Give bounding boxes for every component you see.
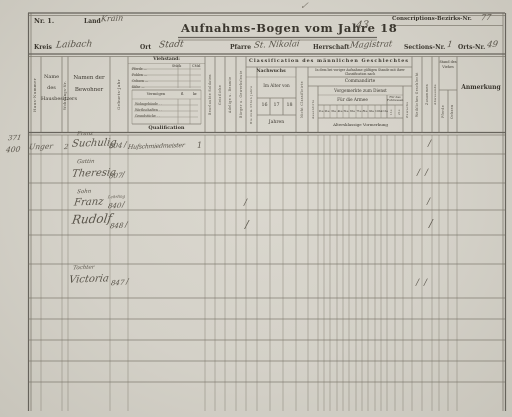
- col-header-beurlaubte: Beurlaubte Soldaten: [205, 58, 215, 131]
- conscription-district-value: 77: [480, 13, 491, 22]
- herrschaft-value: Magistrat: [349, 39, 393, 51]
- herrschaft-label: Herrschaft: [313, 44, 349, 51]
- ort-value: Stadt: [158, 40, 184, 51]
- col-header-buerger: Bürger u. Gewerbsleute: [236, 58, 246, 131]
- person-3-name: Franz: [73, 196, 104, 208]
- person-1-firstname: Franz: [77, 131, 94, 138]
- ort-label: Ort: [140, 44, 151, 51]
- aufnahmsbogen-sheet: ✓ Nr. 1. Land Krain Conscriptions-Bezirk…: [0, 0, 512, 417]
- person-2-sum-tick: ∕: [425, 168, 428, 178]
- house-number-old: 371: [7, 134, 21, 143]
- class-9: 9te: [368, 109, 375, 113]
- vieh2-pferde: Pferde: [439, 92, 448, 131]
- orts-nr-label: Orts-Nr.: [458, 44, 485, 51]
- age-17: 17: [271, 103, 282, 108]
- vieh2-ochsen: Ochsen: [448, 92, 457, 131]
- vormerk-line1: In dem bei voriger Aufnahme gültigen Sta…: [309, 68, 411, 76]
- vermoegen-row-3: Grundstücke . .: [135, 113, 160, 119]
- fuhr-sub-2: 2te: [395, 106, 403, 118]
- form-title-year: 43: [355, 20, 369, 32]
- person-1-status-tick: 1: [197, 141, 202, 150]
- person-4-nachwuchs-tick: ∕: [245, 218, 249, 231]
- col-header-geburtsjahr: Geburts-Jahr: [110, 60, 128, 130]
- class-6: 6te: [349, 109, 356, 113]
- sections-nr-label: Sections-Nr.: [404, 44, 445, 51]
- person-2-female-tick: ∕: [417, 168, 420, 178]
- altersklassen-label: Altersklassige Vormerkung: [318, 122, 403, 127]
- age-16: 16: [259, 103, 270, 108]
- col-header-bewohner: Namen der Bewohner: [69, 72, 109, 96]
- col-header-geistliche: Geistliche: [215, 58, 225, 131]
- nachwuchs-title: Nachwuchs: [246, 69, 296, 74]
- person-1-birthyear: 804: [108, 142, 122, 151]
- person-3-nachwuchs-tick: ∕: [244, 198, 247, 208]
- person-5-relation: Tochter: [73, 265, 95, 272]
- viehstand-unit2: CMzl: [192, 64, 200, 68]
- nachwuchs-alter-label: Im Alter von: [257, 83, 296, 88]
- person-4-sum-tick: ∕: [429, 217, 433, 230]
- conscription-district-label: Conscriptions-Bezirks-Nr.: [392, 16, 472, 22]
- house-owner-name: Unger: [28, 142, 53, 152]
- armee-label: Für die Armee: [318, 97, 387, 102]
- anmerkung-label: Anmerkung: [457, 84, 505, 91]
- vermoegen-title: Vermögen: [134, 92, 178, 96]
- vorgemerkte-label: Vorgemerkte zum Dienst: [318, 88, 403, 93]
- person-5-year-slash: ∕: [126, 277, 129, 286]
- land-label: Land: [84, 18, 101, 25]
- assentirte-label: Assentirte: [308, 87, 318, 132]
- col-header-adelige: Adelige u. Beamte: [225, 58, 236, 131]
- class-3: 3te: [330, 109, 337, 113]
- orts-nr-value: 49: [486, 40, 498, 50]
- person-2-year-slash: ∕: [122, 170, 125, 179]
- house-number-new: 400: [5, 145, 21, 155]
- nachwuchs-under15-label: Bis zum 15ten Jahre: [246, 78, 257, 131]
- zuwachs-label: Zuwachs: [403, 87, 412, 132]
- person-5-sum-tick: ∕: [424, 278, 427, 288]
- stand-des-viehes-title: Stand des Viehes: [439, 60, 457, 70]
- person-3-birthyear: 840: [107, 202, 121, 211]
- person-4-birthyear: 848: [109, 222, 123, 231]
- person-1-sum-tick: ∕: [428, 139, 431, 149]
- col-header-haus-nr: Haus-Nummer: [29, 60, 41, 130]
- stray-pen-mark: ✓: [299, 1, 309, 12]
- person-3-sum-tick: ∕: [427, 197, 430, 207]
- kreis-label: Kreis: [34, 44, 52, 51]
- age-18: 18: [284, 103, 295, 108]
- viehstand-row-4: Kühe —: [132, 84, 145, 90]
- land-value-handwritten: Krain: [100, 14, 124, 24]
- person-3-note: Lehrling: [108, 194, 126, 200]
- person-2-birthyear: 807: [108, 172, 122, 181]
- col-header-hausbesitzer: Name des Hausbesitzers: [41, 72, 62, 105]
- sheet-number: Nr. 1.: [34, 17, 54, 25]
- col-header-weiblich: Weibliches Geschlecht: [412, 58, 422, 131]
- col-header-zusammen: Zusammen: [422, 58, 432, 131]
- col-header-wohnung-nr: Wohnungs-Nr.: [62, 60, 68, 130]
- person-4-year-slash: ∕: [125, 220, 128, 229]
- pfarre-label: Pfarre: [230, 44, 251, 51]
- person-5-birthyear: 847: [110, 279, 124, 288]
- col-header-nicht-classificirte: Nicht Classificirte: [296, 69, 308, 131]
- person-3-year-slash: ∕: [122, 200, 125, 209]
- person-1-year-slash: ∕: [124, 140, 127, 149]
- person-5-female-tick: ∕: [416, 278, 419, 288]
- fuhrwesen-label: Für das Fuhrwesen: [387, 96, 403, 103]
- qualification-label: Qualification: [128, 125, 205, 131]
- viehstand-unit1: Stück: [172, 64, 181, 68]
- person-3-relation: Sohn: [77, 189, 92, 196]
- pfarre-value: St. Nikolai: [253, 39, 300, 51]
- nachwuchs-jahren-label: Jahren: [257, 120, 296, 125]
- vermoegen-unit-kr: kr.: [193, 92, 197, 96]
- viehstand-title: Viehstand:: [128, 57, 205, 62]
- person-2-relation: Gattin: [77, 159, 95, 166]
- fuhr-sub-1: 1te: [387, 106, 395, 118]
- person-5-name: Victoria: [68, 273, 109, 285]
- col-header-abwesend: Abwesende: [432, 58, 439, 131]
- classification-title: Classification des männlichen Geschlecht…: [246, 58, 412, 64]
- kreis-value: Laibach: [55, 39, 93, 50]
- person-4-name: Rudolf: [71, 211, 113, 226]
- vormerk-line2: Commandirte: [308, 79, 412, 84]
- vermoegen-unit-fl: fl.: [181, 92, 184, 96]
